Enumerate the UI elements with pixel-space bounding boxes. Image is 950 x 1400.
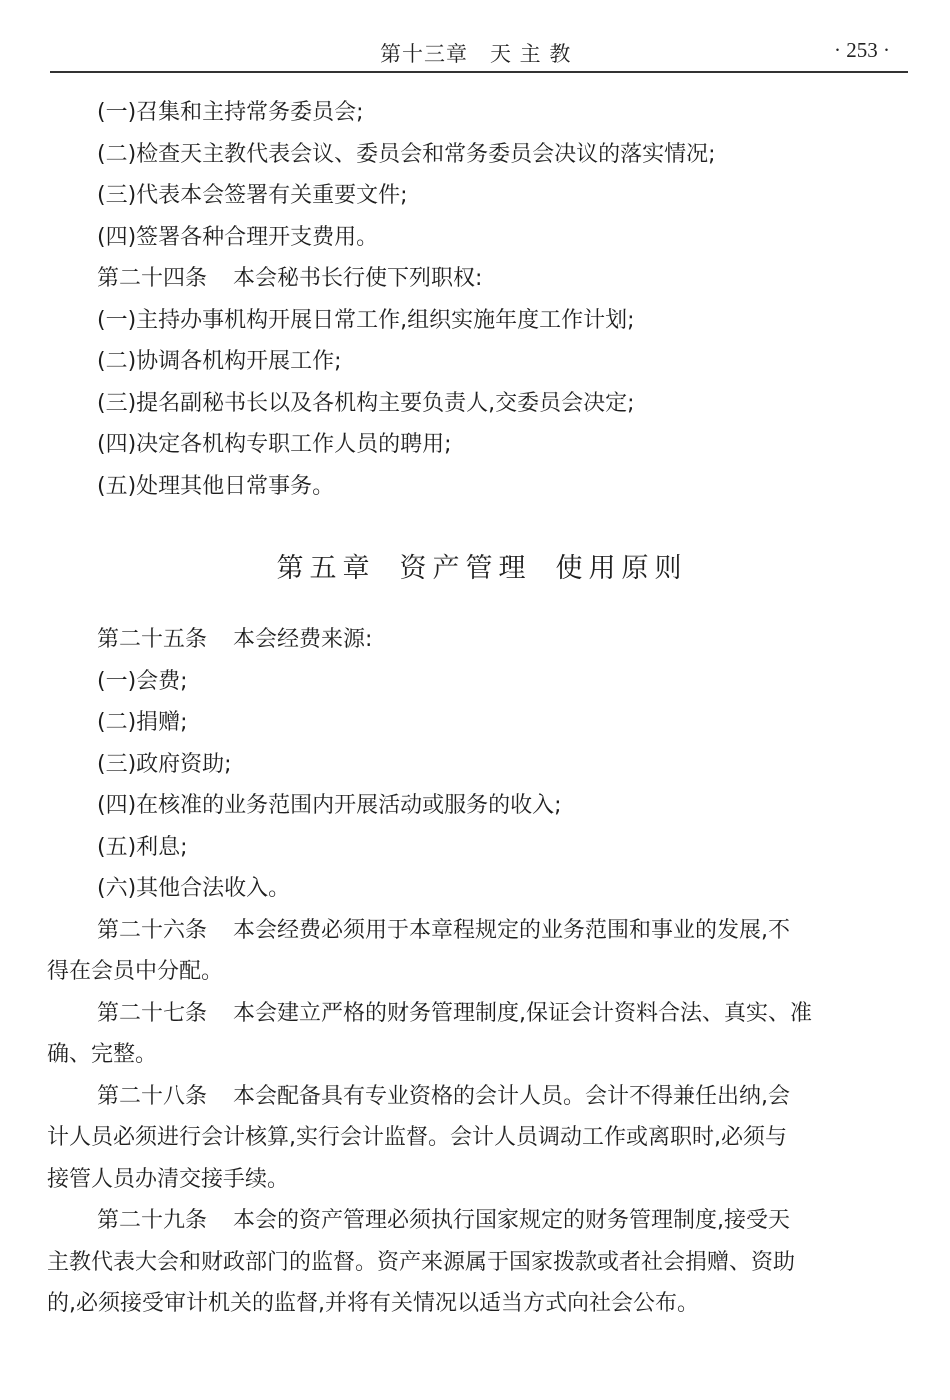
list-item: (二)检查天主教代表会议、委员会和常务委员会决议的落实情况;: [47, 134, 905, 176]
list-item: (四)签署各种合理开支费用。: [47, 217, 905, 259]
paragraph-line: 本会经费必须用于本章程规定的业务范围和事业的发展,不: [233, 918, 790, 943]
page-header: 第十三章天 主 教 · 253 ·: [50, 30, 908, 72]
article-text: 本会秘书长行使下列职权:: [233, 266, 482, 291]
list-item: (一)会费;: [47, 661, 905, 703]
chapter-title-part2: 使用原则: [556, 553, 688, 584]
paragraph-line: 本会配备具有专业资格的会计人员。会计不得兼任出纳,会: [233, 1084, 790, 1109]
list-item: (三)提名副秘书长以及各机构主要负责人,交委员会决定;: [47, 383, 905, 425]
list-item: (五)利息;: [47, 827, 905, 869]
article-24-heading: 第二十四条本会秘书长行使下列职权:: [47, 258, 905, 300]
list-item: (二)协调各机构开展工作;: [47, 341, 905, 383]
paragraph-line: 的,必须接受审计机关的监督,并将有关情况以适当方式向社会公布。: [47, 1283, 905, 1325]
list-item: (四)在核准的业务范围内开展活动或服务的收入;: [47, 785, 905, 827]
chapter-title-part1: 资产管理: [400, 553, 532, 584]
list-item: (三)政府资助;: [47, 744, 905, 786]
article-25-heading: 第二十五条本会经费来源:: [47, 619, 905, 661]
list-item: (三)代表本会签署有关重要文件;: [47, 175, 905, 217]
list-item: (一)召集和主持常务委员会;: [47, 92, 905, 134]
page-number: · 253 ·: [834, 38, 890, 63]
running-title-chapter: 第十三章: [380, 42, 468, 66]
document-body: (一)召集和主持常务委员会; (二)检查天主教代表会议、委员会和常务委员会决议的…: [47, 92, 905, 1325]
paragraph-line: 本会的资产管理必须执行国家规定的财务管理制度,接受天: [233, 1208, 790, 1233]
article-28-paragraph: 第二十八条本会配备具有专业资格的会计人员。会计不得兼任出纳,会: [47, 1076, 905, 1118]
article-26-paragraph: 第二十六条本会经费必须用于本章程规定的业务范围和事业的发展,不: [47, 910, 905, 952]
chapter-title: 第五章资产管理使用原则: [47, 507, 905, 607]
paragraph-line: 主教代表大会和财政部门的监督。资产来源属于国家拨款或者社会捐赠、资助: [47, 1242, 905, 1284]
paragraph-line: 本会建立严格的财务管理制度,保证会计资料合法、真实、准: [233, 1001, 812, 1026]
list-item: (二)捐赠;: [47, 702, 905, 744]
article-number: 第二十七条: [97, 993, 207, 1035]
header-rule: [50, 71, 908, 73]
article-number: 第二十五条: [97, 619, 207, 661]
article-number: 第二十六条: [97, 910, 207, 952]
article-number: 第二十四条: [97, 258, 207, 300]
running-title-subject: 天 主 教: [490, 42, 571, 66]
article-number: 第二十八条: [97, 1076, 207, 1118]
list-item: (五)处理其他日常事务。: [47, 466, 905, 508]
article-27-paragraph: 第二十七条本会建立严格的财务管理制度,保证会计资料合法、真实、准: [47, 993, 905, 1035]
article-number: 第二十九条: [97, 1200, 207, 1242]
paragraph-line: 接管人员办清交接手续。: [47, 1159, 905, 1201]
list-item: (六)其他合法收入。: [47, 868, 905, 910]
article-text: 本会经费来源:: [233, 627, 372, 652]
article-29-paragraph: 第二十九条本会的资产管理必须执行国家规定的财务管理制度,接受天: [47, 1200, 905, 1242]
paragraph-line: 确、完整。: [47, 1034, 905, 1076]
paragraph-line: 计人员必须进行会计核算,实行会计监督。会计人员调动工作或离职时,必须与: [47, 1117, 905, 1159]
chapter-number: 第五章: [277, 553, 376, 584]
running-title: 第十三章天 主 教: [380, 38, 571, 68]
list-item: (一)主持办事机构开展日常工作,组织实施年度工作计划;: [47, 300, 905, 342]
paragraph-line: 得在会员中分配。: [47, 951, 905, 993]
list-item: (四)决定各机构专职工作人员的聘用;: [47, 424, 905, 466]
